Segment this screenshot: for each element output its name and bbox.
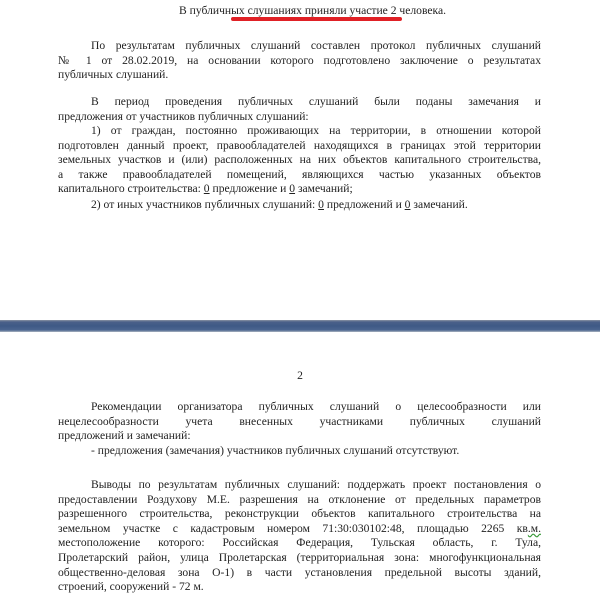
protocol-line: По результатам публичных слушаний состав… (58, 39, 541, 54)
item-1-citizens: 1) от граждан, постоянно проживающих на … (58, 124, 541, 197)
conclusions-line: разрешенного строительства, реконструкци… (58, 507, 541, 522)
protocol-paragraph: По результатам публичных слушаний состав… (58, 39, 541, 83)
remarks-line: В период проведения публичных слушаний б… (58, 95, 541, 110)
recommendations-line: Рекомендации организатора публичных слуш… (58, 400, 541, 415)
page-separator (0, 320, 600, 332)
red-highlight-underline (231, 17, 402, 21)
conclusions-line: общественно-деловая зона О-1) в части ус… (58, 566, 541, 581)
item-2-prefix: 2) от иных участников публичных слушаний… (91, 198, 318, 211)
recommendations-line: нецелесообразности учета внесенных участ… (58, 415, 541, 430)
protocol-line: публичных слушаний. (58, 68, 541, 83)
conclusions-line: предоставлении Роздухову М.Е. разрешения… (58, 493, 541, 508)
item-1-remarks-label: замечаний; (295, 182, 353, 195)
participants-highlight: приняли участие 2 человека. (305, 4, 446, 17)
participants-prefix: В публичных слушаниях (179, 4, 305, 17)
conclusions-line: Выводы по результатам публичных слушаний… (58, 478, 541, 493)
item-1-line: а также правообладателей помещений, явля… (58, 168, 541, 183)
protocol-line: № 1 от 28.02.2019, на основании которого… (58, 54, 541, 69)
conclusions-line: строений, сооружений - 72 м. (58, 580, 541, 595)
recommendations-paragraph: Рекомендации организатора публичных слуш… (58, 400, 541, 458)
conclusions-line: земельном участке с кадастровым номером … (58, 522, 528, 535)
spellcheck-flagged-text[interactable]: .м. (528, 522, 541, 535)
item-2-proposals-label: предложений и (324, 198, 405, 211)
item-1-line: капитального строительства: (58, 182, 204, 195)
remarks-line: предложения от участников публичных слуш… (58, 110, 541, 125)
remarks-paragraph: В период проведения публичных слушаний б… (58, 95, 541, 124)
item-1-line: 1) от граждан, постоянно проживающих на … (58, 124, 541, 139)
document-page-1: В публичных слушаниях приняли участие 2 … (0, 0, 600, 318)
page-number: 2 (0, 369, 600, 382)
item-1-line: земельных участков и (или) расположенных… (58, 153, 541, 168)
conclusions-line: местоположение которого: Российская Феде… (58, 536, 541, 551)
item-2-other-participants: 2) от иных участников публичных слушаний… (58, 198, 541, 213)
item-2-remarks-label: замечаний. (410, 198, 467, 211)
item-1-proposals-label: предложение и (210, 182, 290, 195)
conclusions-paragraph: Выводы по результатам публичных слушаний… (58, 478, 541, 595)
conclusions-line: Пролетарский район, улица Пролетарская (… (58, 551, 541, 566)
item-1-line: подготовлен данный проект, правообладате… (58, 139, 541, 154)
document-page-2: 2 Рекомендации организатора публичных сл… (0, 332, 600, 605)
recommendation-item: - предложения (замечания) участников пуб… (58, 444, 541, 459)
recommendations-line: предложений и замечаний: (58, 429, 541, 444)
